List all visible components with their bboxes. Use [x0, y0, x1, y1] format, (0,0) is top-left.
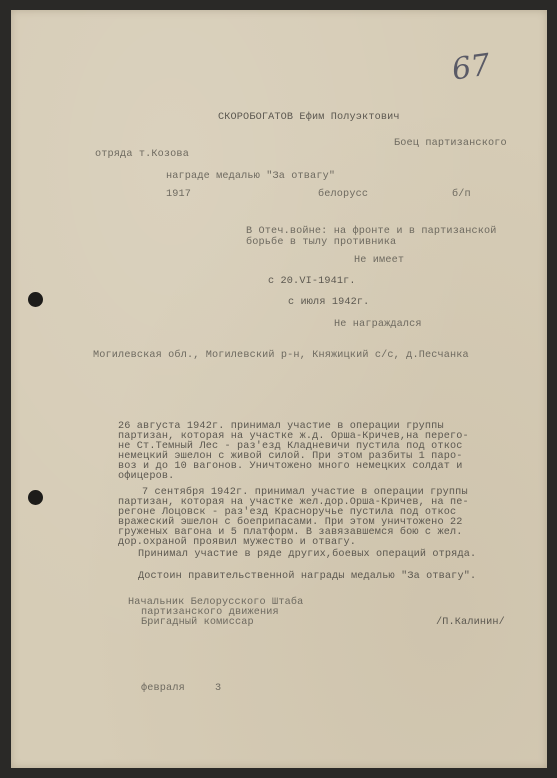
document-page	[11, 10, 547, 768]
position-line-1: Боец партизанского	[394, 138, 507, 149]
nationality: белорусс	[318, 189, 368, 200]
war-participation-line-1: В Отеч.войне: на фронте и в партизанской	[246, 226, 497, 237]
binder-hole-top	[28, 292, 43, 307]
handwritten-page-number: 67	[450, 48, 493, 88]
service-date-1: с 20.VI-1941г.	[268, 276, 356, 287]
signatory-title-line-3: Бригадный комиссар	[141, 617, 254, 628]
footer-date-day: 3	[215, 683, 221, 694]
award-conclusion: Достоин правительственной награды медаль…	[138, 571, 476, 582]
signatory-name: /П.Калинин/	[436, 617, 505, 628]
narrative-line: дор.охраной проявил мужество и отвагу.	[118, 537, 356, 548]
recipient-name: СКОРОБОГАТОВ Ефим Полуэктович	[218, 112, 400, 123]
binder-hole-bottom	[28, 490, 43, 505]
home-address: Могилевская обл., Могилевский р-н, Княжи…	[93, 350, 469, 361]
birth-year: 1917	[166, 189, 191, 200]
footer-date-month: февраля	[141, 683, 185, 694]
position-line-2: отряда т.Козова	[95, 149, 189, 160]
previous-awards: Не награждался	[334, 319, 422, 330]
service-date-2: с июля 1942г.	[288, 297, 369, 308]
narrative-line: Принимал участие в ряде других,боевых оп…	[138, 549, 476, 560]
party-status: б/п	[452, 189, 471, 200]
wounds: Не имеет	[354, 255, 404, 266]
award-line: награде медалью "За отвагу"	[166, 171, 335, 182]
narrative-line: офицеров.	[118, 471, 174, 482]
war-participation-line-2: борьбе в тылу противника	[246, 237, 396, 248]
